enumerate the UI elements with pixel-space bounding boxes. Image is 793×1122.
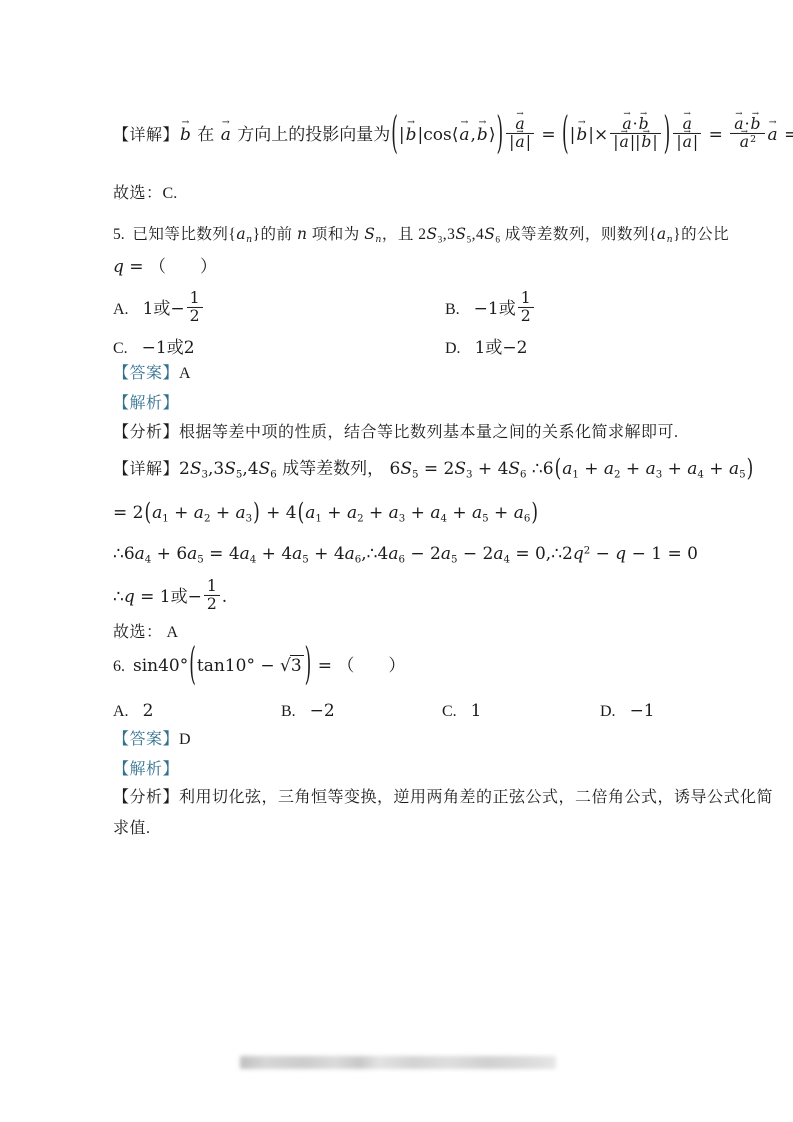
q6-number: 6.	[113, 658, 125, 675]
q5-stem-text: 已知等比数列{an}的前 n 项和为 Sn，且 2S3,3S5,4S6 成等差数…	[132, 226, 729, 243]
q4-projection-formula: b 在 a 方向上的投影向量为(|b|cos⟨a,b⟩)a|a| = (|b|×…	[179, 125, 793, 145]
q5-number: 5.	[113, 226, 125, 243]
jiexi-tag: 【解析】	[113, 395, 179, 412]
answer-tag: 【答案】	[113, 365, 179, 382]
q5-option-a: A.1或−12	[113, 292, 205, 327]
conclusion-label: 故选：	[113, 185, 163, 202]
q5-detail-formula3: ∴6a4 + 6a5 = 4a4 + 4a5 + 4a6,∴4a6 − 2a5 …	[113, 544, 698, 564]
option-value: 1	[471, 701, 482, 721]
option-label: B.	[281, 703, 296, 720]
q5-answer-line: 【答案】A	[113, 363, 191, 385]
q5-option-d: D.1或−2	[445, 337, 527, 360]
option-value: −2	[310, 701, 335, 721]
q6-option-b: B.−2	[281, 700, 335, 723]
option-value: −1或12	[474, 299, 536, 319]
answer-value: D	[179, 731, 191, 748]
jiexi-tag: 【解析】	[113, 761, 179, 778]
q5-detail-line4: ∴q = 1或−12.	[113, 580, 227, 615]
fenxi-text-line2: 求值.	[113, 820, 151, 837]
blurred-watermark-bar	[240, 1056, 556, 1069]
option-label: B.	[445, 301, 460, 318]
q5-detail-formula2: = 2(a1 + a2 + a3) + 4(a1 + a2 + a3 + a4 …	[113, 503, 539, 523]
option-label: C.	[113, 340, 128, 357]
option-label: D.	[445, 340, 461, 357]
conclusion-choice: C.	[163, 185, 178, 202]
option-label: D.	[600, 703, 616, 720]
q4-conclusion: 故选：C.	[113, 183, 177, 205]
fenxi-tag: 【分析】	[113, 424, 179, 441]
option-value: 1或−2	[475, 338, 528, 358]
q6-jiexi-line: 【解析】	[113, 759, 179, 781]
option-value: 2	[143, 701, 154, 721]
answer-value: A	[179, 365, 191, 382]
option-value: 1或−12	[143, 299, 205, 319]
q5-fenxi-line: 【分析】根据等差中项的性质，结合等比数列基本量之间的关系化简求解即可.	[113, 422, 679, 444]
q6-stem-line: 6. sin40°(tan10° − 3) = （ ）	[113, 655, 405, 678]
q6-fenxi-line2: 求值.	[113, 818, 151, 840]
exam-solution-page: 【详解】b 在 a 方向上的投影向量为(|b|cos⟨a,b⟩)a|a| = (…	[0, 0, 793, 1122]
q6-fenxi-line1: 【分析】利用切化弦，三角恒等变换，逆用两角差的正弦公式，二倍角公式，诱导公式化简	[113, 787, 773, 809]
q5-detail-line1: 【详解】2S3,3S5,4S6 成等差数列， 6S5 = 2S3 + 4S6 ∴…	[113, 458, 754, 482]
q5-detail-line3: ∴6a4 + 6a5 = 4a4 + 4a5 + 4a6,∴4a6 − 2a5 …	[113, 543, 698, 567]
detail-tag: 【详解】	[113, 127, 179, 144]
fenxi-text-line1: 利用切化弦，三角恒等变换，逆用两角差的正弦公式，二倍角公式，诱导公式化简	[179, 789, 773, 806]
q5-stem-line2: q = （ ）	[113, 256, 217, 279]
q5-option-b: B.−1或12	[445, 292, 536, 327]
option-value: −1	[630, 701, 655, 721]
q5-conclusion: 故选： A	[113, 622, 178, 644]
q5-jiexi-line: 【解析】	[113, 393, 179, 415]
q5-detail-formula4: ∴q = 1或−12.	[113, 587, 227, 607]
option-label: C.	[442, 703, 457, 720]
q5-detail-formula1: 2S3,3S5,4S6 成等差数列， 6S5 = 2S3 + 4S6 ∴6(a1…	[179, 459, 754, 479]
detail-tag: 【详解】	[113, 461, 179, 478]
q4-detail-line: 【详解】b 在 a 方向上的投影向量为(|b|cos⟨a,b⟩)a|a| = (…	[113, 118, 793, 153]
q6-answer-line: 【答案】D	[113, 729, 191, 751]
option-label: A.	[113, 301, 129, 318]
conclusion-label: 故选：	[113, 624, 163, 641]
q6-option-c: C.1	[442, 700, 482, 723]
q6-stem-formula: sin40°(tan10° − 3) = （ ）	[133, 656, 405, 676]
q5-option-c: C.−1或2	[113, 337, 195, 360]
q5-q-equals: q = （ ）	[113, 257, 217, 277]
option-value: −1或2	[142, 338, 195, 358]
answer-tag: 【答案】	[113, 731, 179, 748]
q5-stem-line1: 5. 已知等比数列{an}的前 n 项和为 Sn，且 2S3,3S5,4S6 成…	[113, 224, 729, 247]
option-label: A.	[113, 703, 129, 720]
q6-option-a: A.2	[113, 700, 153, 723]
fenxi-text: 根据等差中项的性质，结合等比数列基本量之间的关系化简求解即可.	[179, 424, 679, 441]
conclusion-choice: A	[167, 624, 179, 641]
fenxi-tag: 【分析】	[113, 789, 179, 806]
q6-option-d: D.−1	[600, 700, 655, 723]
q5-detail-line2: = 2(a1 + a2 + a3) + 4(a1 + a2 + a3 + a4 …	[113, 502, 539, 526]
